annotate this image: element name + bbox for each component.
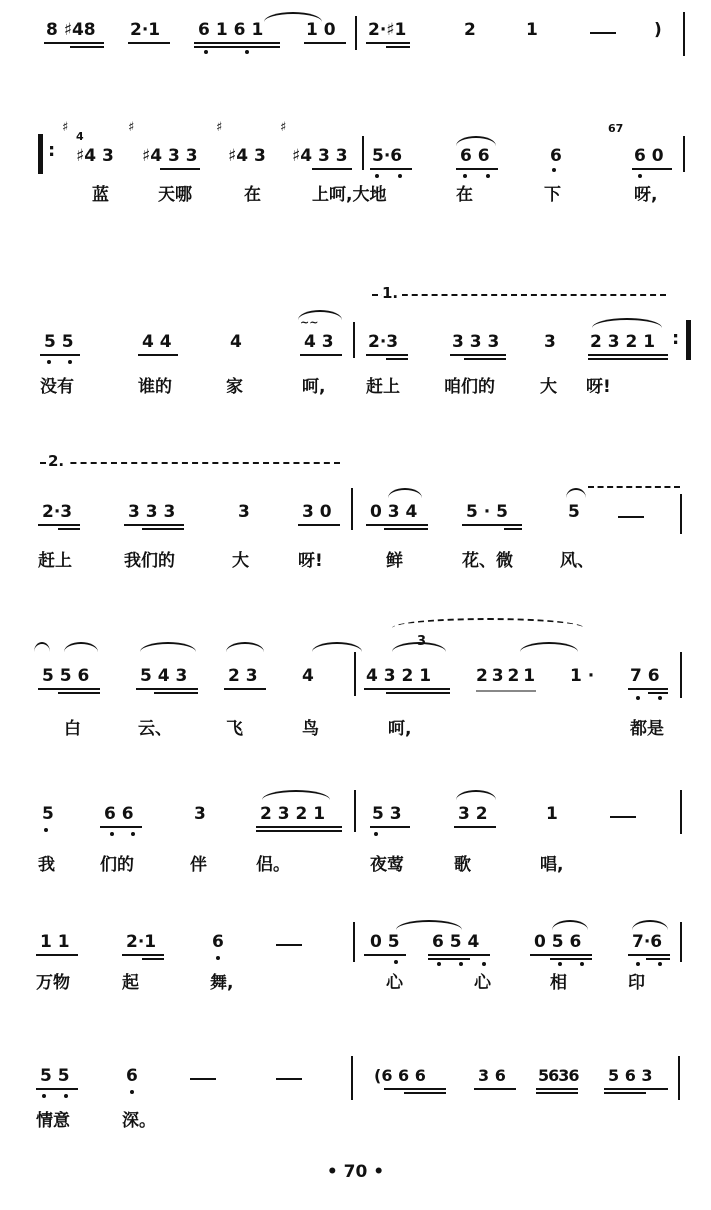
underline — [628, 954, 670, 956]
lyric: 呀! — [298, 546, 323, 571]
underline — [604, 1088, 668, 1090]
note-group: (6 6 6 — [374, 1066, 426, 1086]
lyric: 没有 — [40, 372, 74, 397]
underline — [194, 42, 280, 44]
lyric: 相 — [550, 968, 567, 993]
lyric: 舞, — [210, 968, 233, 993]
lyric: 下 — [544, 180, 561, 205]
barline — [351, 488, 353, 530]
volta-label-2: 2. — [48, 452, 68, 470]
note-group: 8 ♯48 — [46, 20, 96, 40]
lyrics-row: 蓝 天哪 在 上呵,大地 在 下 呀, — [0, 180, 711, 206]
note-group: 1 · — [570, 666, 594, 686]
notes-row: : ♯ 4 ♯4 3 ♯ ♯4 3 3 ♯ ♯4 3 ♯ ♯4 3 3 5·6 … — [0, 136, 711, 176]
note-group: 5 3 — [372, 804, 402, 824]
lyric: 万物 — [36, 968, 70, 993]
underline — [298, 524, 340, 526]
note-group: 5 5 — [40, 1066, 70, 1086]
tie — [34, 642, 50, 652]
underline — [70, 46, 104, 48]
lyric: 们的 — [100, 850, 134, 875]
note: 1 — [546, 804, 558, 824]
note-group: 4 3 2 1 — [366, 666, 431, 686]
barline — [353, 922, 355, 962]
underline — [428, 954, 490, 956]
notes-row: 2·3 3 3 3 3 3 0 0 3 4 5 · 5 5 — [0, 492, 711, 532]
note-group: ♯4 3 3 — [292, 146, 348, 166]
lyric: 我们的 — [124, 546, 175, 571]
repeat-start-barline — [38, 134, 43, 174]
low-dot — [216, 956, 220, 960]
note: 1 — [526, 20, 538, 40]
sharp-sign: ♯ — [62, 120, 68, 135]
tie — [298, 310, 342, 320]
underline — [648, 692, 668, 694]
underline — [364, 954, 406, 956]
grace-note: 4 — [76, 130, 84, 143]
underline — [58, 528, 80, 530]
low-dot — [398, 174, 402, 178]
note-group: 3 0 — [302, 502, 332, 522]
underline — [36, 954, 78, 956]
repeat-dots: : — [48, 142, 55, 160]
lyric: 情意 — [36, 1106, 70, 1131]
volta-bracket-1 — [372, 294, 666, 306]
low-dot — [47, 360, 51, 364]
note-group: 1 1 — [40, 932, 70, 952]
note-group: 4 4 — [142, 332, 172, 352]
note-group: 2 3 2 1 — [260, 804, 325, 824]
lyric: 天哪 — [158, 180, 192, 205]
underline — [476, 690, 536, 692]
barline — [680, 652, 682, 698]
underline — [504, 528, 522, 530]
tie — [456, 136, 496, 146]
low-dot — [130, 1090, 134, 1094]
low-dot — [394, 960, 398, 964]
note-group: ♯4 3 — [76, 146, 114, 166]
extension-dash — [276, 1078, 302, 1080]
underline — [386, 692, 450, 694]
low-dot — [636, 962, 640, 966]
note-group: 3 3 3 — [452, 332, 499, 352]
lyric: 云、 — [138, 714, 172, 739]
page-number: • 70 • — [0, 1162, 711, 1182]
tie — [552, 920, 588, 930]
underline — [536, 1092, 578, 1094]
note-group: 2 3 — [228, 666, 258, 686]
lyrics-row: 情意 深。 — [0, 1106, 711, 1132]
underline — [386, 358, 408, 360]
note-group: ♯4 3 — [228, 146, 266, 166]
lyrics-row: 赶上 我们的 大 呀! 鲜 花、微 风、 — [0, 546, 711, 572]
low-dot — [658, 696, 662, 700]
note-group: 7·6 — [632, 932, 662, 952]
barline — [680, 494, 682, 534]
lyrics-row: 没有 谁的 家 呵, 赶上 咱们的 大 呀! — [0, 372, 711, 398]
note-group: 2 3 2 1 — [476, 666, 534, 686]
underline — [370, 826, 410, 828]
lyric: 伴 — [190, 850, 207, 875]
underline — [256, 826, 342, 828]
underline — [366, 524, 428, 526]
tie-extension — [588, 486, 680, 498]
notes-row: 5 5 4 4 4 ~~ 4 3 2·3 3 3 3 3 2 3 2 1 : — [0, 322, 711, 362]
underline — [550, 958, 592, 960]
note: 4 — [230, 332, 242, 352]
low-dot — [42, 1094, 46, 1098]
note-group: 6 0 — [634, 146, 664, 166]
low-dot — [459, 962, 463, 966]
lyric: 唱, — [540, 850, 563, 875]
note-group: 2·3 — [42, 502, 72, 522]
barline — [354, 790, 356, 832]
underline — [604, 1092, 646, 1094]
low-dot — [638, 174, 642, 178]
underline — [632, 168, 672, 170]
note: 3 — [544, 332, 556, 352]
lyric: 赶上 — [38, 546, 72, 571]
lyric: 蓝 — [92, 180, 109, 205]
barline — [354, 652, 356, 696]
note-group: 7 6 — [630, 666, 660, 686]
low-dot — [204, 50, 208, 54]
sharp-sign: ♯ — [216, 120, 222, 135]
underline — [628, 688, 668, 690]
underline — [428, 958, 470, 960]
underline — [404, 1092, 446, 1094]
triplet-bracket — [392, 642, 446, 652]
lyric: 呀! — [586, 372, 611, 397]
note-group: 6 6 — [104, 804, 134, 824]
underline — [366, 354, 408, 356]
lyric: 侣。 — [256, 850, 290, 875]
tie — [456, 790, 496, 800]
low-dot — [580, 962, 584, 966]
low-dot — [375, 174, 379, 178]
low-dot — [486, 174, 490, 178]
note-group: 0 5 6 — [534, 932, 581, 952]
note-group: 3 6 — [478, 1066, 506, 1086]
low-dot — [658, 962, 662, 966]
low-dot — [110, 832, 114, 836]
note-group: 1 0 — [306, 20, 336, 40]
lyric: 咱们的 — [444, 372, 495, 397]
lyric: 鸟 — [302, 714, 319, 739]
lyric: 白 — [64, 714, 81, 739]
underline — [312, 168, 352, 170]
tie — [632, 920, 668, 930]
underline — [464, 358, 506, 360]
note: 4 — [302, 666, 314, 686]
phrase-slur — [392, 618, 584, 628]
underline — [386, 46, 410, 48]
underline — [128, 42, 170, 44]
sharp-sign: ♯ — [128, 120, 134, 135]
underline — [588, 358, 668, 360]
note-group: ♯4 3 3 — [142, 146, 198, 166]
low-dot — [68, 360, 72, 364]
underline — [364, 688, 450, 690]
lyric: 上呵,大地 — [312, 180, 386, 205]
barline — [355, 16, 357, 50]
note-group: 0 3 4 — [370, 502, 417, 522]
note: 6 — [550, 146, 562, 166]
note-group: 5 5 — [44, 332, 74, 352]
underline — [142, 528, 184, 530]
lyric: 鲜 — [386, 546, 403, 571]
lyric: 在 — [244, 180, 261, 205]
low-dot — [437, 962, 441, 966]
note: 5 — [42, 804, 54, 824]
underline — [194, 46, 280, 48]
barline — [353, 322, 355, 358]
underline — [384, 528, 428, 530]
note: 3 — [238, 502, 250, 522]
note-group: 2·3 — [368, 332, 398, 352]
underline — [136, 688, 198, 690]
tie — [140, 642, 196, 652]
underline — [100, 826, 142, 828]
barline — [680, 790, 682, 834]
underline — [224, 688, 266, 690]
close-paren: ) — [654, 20, 662, 40]
tie — [592, 318, 662, 328]
tie — [388, 488, 422, 498]
low-dot — [374, 832, 378, 836]
lyric: 呵, — [388, 714, 411, 739]
underline — [536, 1088, 578, 1090]
low-dot — [245, 50, 249, 54]
note: 2 — [464, 20, 476, 40]
note-group: 2 3 2 1 — [590, 332, 655, 352]
note: 6 — [126, 1066, 138, 1086]
lyric: 呀, — [634, 180, 657, 205]
lyric: 深。 — [122, 1106, 156, 1131]
note-group: 6 6 — [460, 146, 490, 166]
extension-dash — [190, 1078, 216, 1080]
note-group: 0 5 — [370, 932, 400, 952]
underline — [300, 354, 342, 356]
lyric: 呵, — [302, 372, 325, 397]
extension-dash — [618, 516, 644, 518]
underline — [588, 354, 668, 356]
notes-row: 1 1 2·1 6 0 5 6 5 4 0 5 6 7·6 — [0, 922, 711, 962]
tie — [396, 920, 462, 930]
low-dot — [44, 828, 48, 832]
notes-row: 5 6 6 3 2 3 2 1 5 3 3 2 1 — [0, 794, 711, 834]
underline — [474, 1088, 516, 1090]
barline — [362, 136, 364, 170]
barline — [351, 1056, 353, 1100]
underline — [366, 42, 410, 44]
lyric: 在 — [456, 180, 473, 205]
low-dot — [552, 168, 556, 172]
note-group: 2·1 — [126, 932, 156, 952]
note-group: 3 3 3 — [128, 502, 175, 522]
note-group: 5 5 6 — [42, 666, 89, 686]
underline — [124, 524, 184, 526]
low-dot — [558, 962, 562, 966]
lyric: 起 — [122, 968, 139, 993]
lyric: 赶上 — [366, 372, 400, 397]
lyrics-row: 万物 起 舞, 心 心 相 印 — [0, 968, 711, 994]
lyrics-row: 我 们的 伴 侣。 夜莺 歌 唱, — [0, 850, 711, 876]
extension-dash — [610, 816, 636, 818]
lyric: 心 — [474, 968, 491, 993]
sharp-sign: ♯ — [280, 120, 286, 135]
lyric: 心 — [386, 968, 403, 993]
note-group: 2·1 — [130, 20, 160, 40]
note-group: 3 2 — [458, 804, 488, 824]
extension-dash — [276, 944, 302, 946]
volta-label-1: 1. — [382, 284, 402, 302]
note-group: 4 3 — [304, 332, 334, 352]
note-group: 5 4 3 — [140, 666, 187, 686]
lyric: 夜莺 — [370, 850, 404, 875]
underline — [58, 692, 100, 694]
low-dot — [482, 962, 486, 966]
lyric: 花、微 — [462, 546, 513, 571]
lyrics-row: 白 云、 飞 鸟 呵, 都是 — [0, 714, 711, 740]
underline — [38, 688, 100, 690]
note: 6 — [212, 932, 224, 952]
notes-row: 5 5 6 (6 6 6 3 6 5636 5 6 3 — [0, 1056, 711, 1096]
underline — [256, 830, 342, 832]
extension-dash — [590, 32, 616, 34]
lyric: 大 — [540, 372, 557, 397]
barline — [683, 12, 685, 56]
grace-note-67: 67 — [608, 122, 623, 135]
note-group: 5·6 — [372, 146, 402, 166]
underline — [454, 826, 496, 828]
underline — [304, 42, 346, 44]
underline — [450, 354, 506, 356]
note-group: 5636 — [538, 1066, 579, 1086]
barline — [683, 136, 685, 172]
note-group: 6161 — [198, 20, 269, 40]
underline — [38, 524, 80, 526]
underline — [138, 354, 178, 356]
underline — [44, 42, 104, 44]
lyric: 家 — [226, 372, 243, 397]
volta-bracket-2 — [40, 462, 340, 474]
tie — [566, 488, 586, 498]
lyric: 飞 — [226, 714, 243, 739]
lyric: 风、 — [560, 546, 594, 571]
underline — [40, 354, 80, 356]
underline — [456, 168, 498, 170]
underline — [384, 1088, 446, 1090]
low-dot — [636, 696, 640, 700]
note-group: 6 5 4 — [432, 932, 479, 952]
underline — [646, 958, 670, 960]
lyric: 大 — [232, 546, 249, 571]
note-group: 5 · 5 — [466, 502, 508, 522]
tie — [262, 790, 330, 800]
underline — [160, 168, 200, 170]
repeat-dots: : — [672, 330, 679, 348]
lyric: 谁的 — [138, 372, 172, 397]
underline — [36, 1088, 78, 1090]
tie — [226, 642, 264, 652]
underline — [142, 958, 164, 960]
barline — [678, 1056, 680, 1100]
lyric: 我 — [38, 850, 55, 875]
underline — [370, 168, 412, 170]
tie — [64, 642, 98, 652]
lyric: 印 — [628, 968, 645, 993]
underline — [122, 954, 164, 956]
note-group: 5 6 3 — [608, 1066, 653, 1086]
low-dot — [463, 174, 467, 178]
underline — [530, 954, 592, 956]
tie — [312, 642, 362, 652]
notes-row: 8 ♯48 2·1 6161 1 0 2·♯1 2 1 ) — [0, 10, 711, 50]
note: 5 — [568, 502, 580, 522]
low-dot — [64, 1094, 68, 1098]
low-dot — [131, 832, 135, 836]
barline — [680, 922, 682, 962]
note: 3 — [194, 804, 206, 824]
tie — [520, 642, 578, 652]
underline — [154, 692, 198, 694]
notes-row: 5 5 6 5 4 3 2 3 4 3 4 3 2 1 2 3 2 1 1 · … — [0, 656, 711, 696]
repeat-end-barline — [686, 320, 691, 360]
note-group: 2·♯1 — [368, 20, 406, 40]
lyric: 歌 — [454, 850, 471, 875]
underline — [462, 524, 522, 526]
lyric: 都是 — [630, 714, 664, 739]
